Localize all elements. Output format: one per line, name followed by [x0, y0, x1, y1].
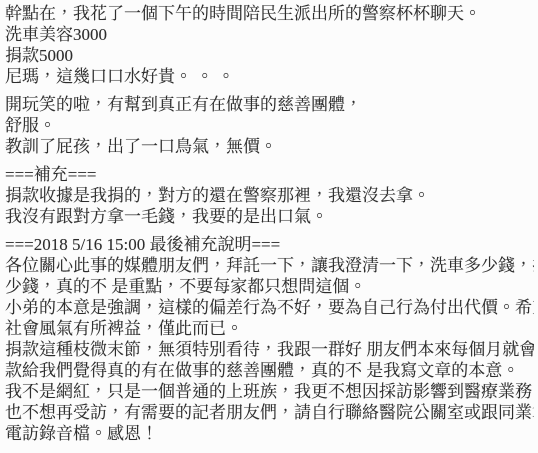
- text-line: 款給我們覺得真的有在做事的慈善團體，真的不 是我寫文章的本意。: [5, 360, 534, 381]
- text-line: 我沒有跟對方拿一毛錢，我要的是出口氣。: [5, 206, 534, 227]
- text-line: 舒服。: [5, 115, 534, 136]
- paragraph: ===補充===捐款收據是我捐的，對方的還在警察那裡，我還沒去拿。我沒有跟對方拿…: [5, 164, 534, 227]
- text-line: 尼瑪，這幾口口水好貴。 。 。: [5, 66, 534, 87]
- text-line: 捐款收據是我捐的，對方的還在警察那裡，我還沒去拿。: [5, 185, 534, 206]
- paragraph: 幹點在，我花了一個下午的時間陪民生派出所的警察杯杯聊天。洗車美容3000捐款50…: [5, 3, 534, 87]
- text-line: 社會風氣有所裨益，僅此而已。: [5, 318, 534, 339]
- text-line: 各位關心此事的媒體朋友們，拜託一下，讓我澄清一下，洗車多少錢，捐款多: [5, 255, 534, 276]
- text-line: 捐款這種枝微末節，無須特別看待，我跟一群好 朋友們本來每個月就會定期捐: [5, 339, 534, 360]
- text-line: 也不想再受訪，有需要的記者朋友們，請自行聯絡醫院公關室或跟同業拿今天: [5, 402, 534, 423]
- text-line: 開玩笑的啦，有幫到真正有在做事的慈善團體，: [5, 94, 534, 115]
- paragraph: 開玩笑的啦，有幫到真正有在做事的慈善團體，舒服。教訓了屁孩，出了一口鳥氣，無價。: [5, 94, 534, 157]
- text-line: ===補充===: [5, 164, 534, 185]
- paragraph: ===2018 5/16 15:00 最後補充說明===各位關心此事的媒體朋友們…: [5, 234, 534, 444]
- text-line: ===2018 5/16 15:00 最後補充說明===: [5, 234, 534, 255]
- text-line: 電訪錄音檔。感恩！: [5, 423, 534, 444]
- text-line: 我不是網紅，只是一個普通的上班族，我更不想因採訪影響到醫療業務，因此: [5, 381, 534, 402]
- text-line: 捐款5000: [5, 45, 534, 66]
- text-line: 少錢，真的不 是重點，不要每家都只想問這個。: [5, 276, 534, 297]
- text-line: 教訓了屁孩，出了一口鳥氣，無價。: [5, 136, 534, 157]
- text-line: 幹點在，我花了一個下午的時間陪民生派出所的警察杯杯聊天。: [5, 3, 534, 24]
- text-line: 小弟的本意是強調，這樣的偏差行為不好，要為自己行為付出代價。希望能對: [5, 297, 534, 318]
- text-line: 洗車美容3000: [5, 24, 534, 45]
- post-page: 幹點在，我花了一個下午的時間陪民生派出所的警察杯杯聊天。洗車美容3000捐款50…: [0, 0, 538, 453]
- post-body: 幹點在，我花了一個下午的時間陪民生派出所的警察杯杯聊天。洗車美容3000捐款50…: [0, 0, 538, 444]
